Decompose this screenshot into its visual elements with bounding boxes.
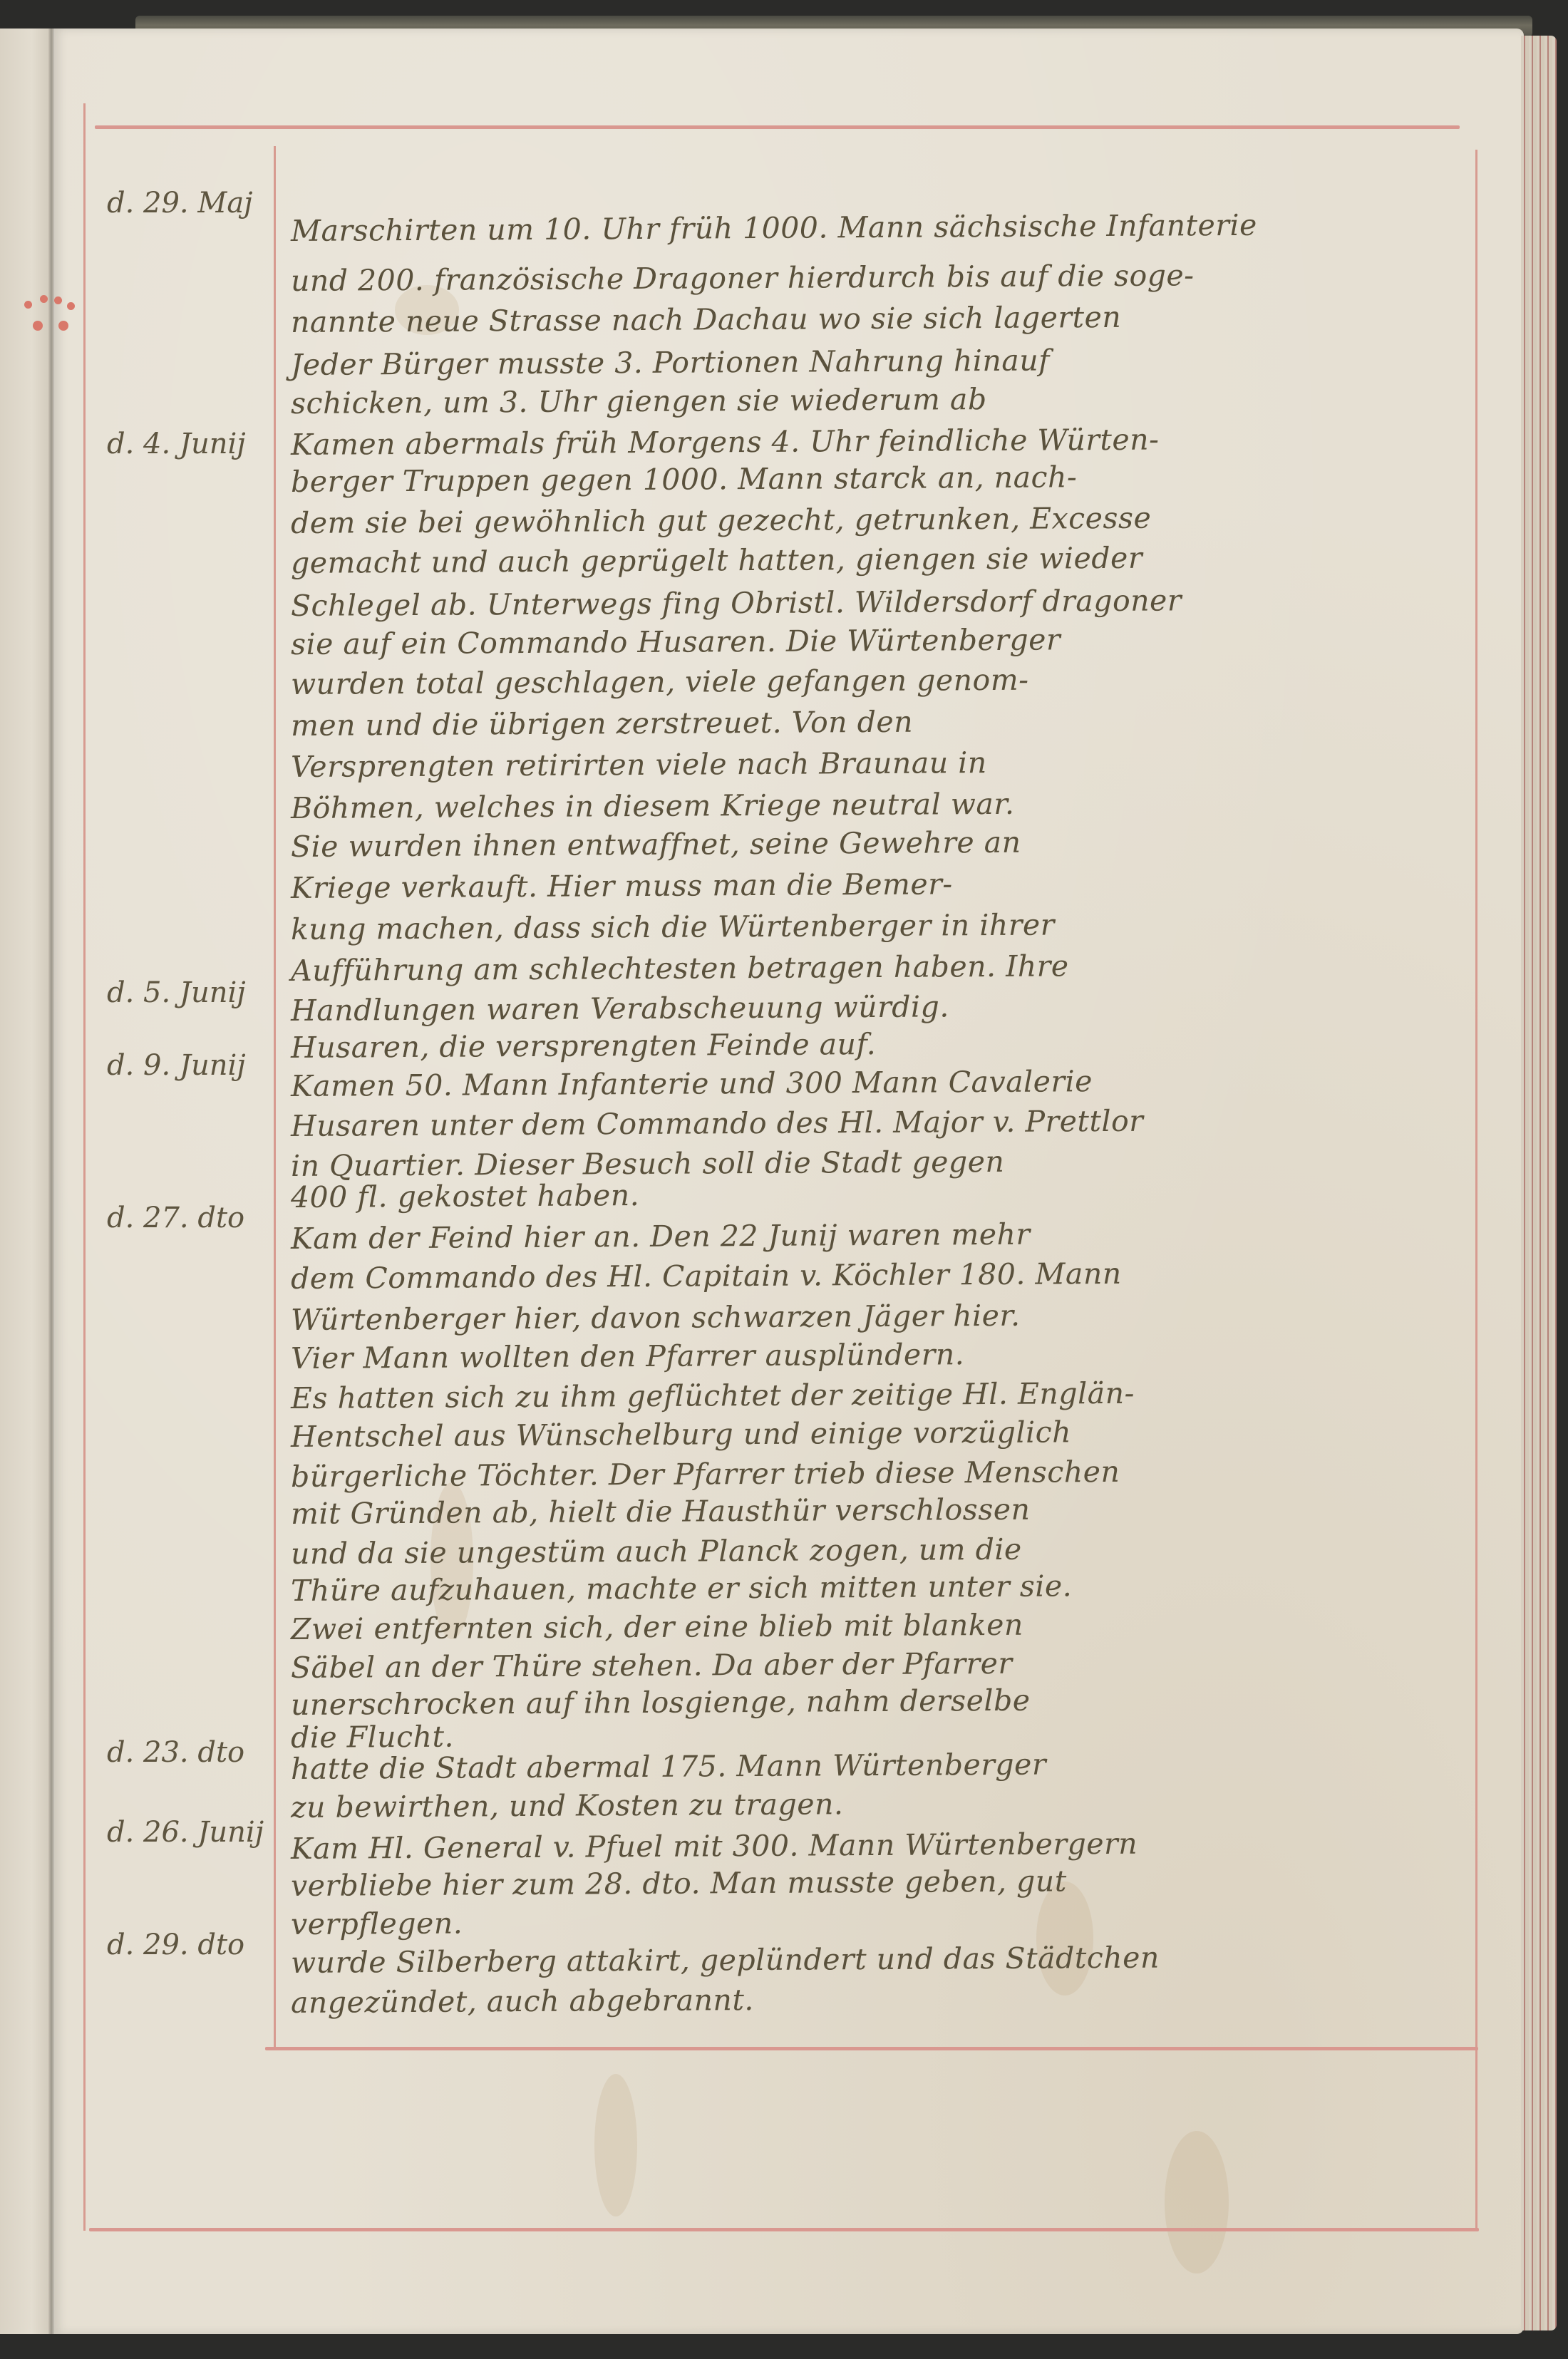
entry-date: d. 23. dto — [107, 1736, 271, 1769]
text-line: und 200. französische Dragoner hierdurch… — [291, 257, 1474, 298]
text-line: hatte die Stadt abermal 175. Mann Würten… — [291, 1745, 1474, 1786]
text-line: Jeder Bürger musste 3. Portionen Nahrung… — [291, 341, 1474, 382]
bottom-rule — [89, 2228, 1479, 2231]
entry-date: d. 5. Junij — [107, 976, 271, 1009]
gutter-fold — [48, 29, 54, 2334]
text-line: bürgerliche Töchter. Der Pfarrer trieb d… — [291, 1452, 1474, 1494]
text-line: verpflegen. — [291, 1900, 1474, 1941]
text-line: 400 fl. gekostet haben. — [291, 1173, 1474, 1214]
entry-date: d. 27. dto — [107, 1202, 271, 1234]
text-line: mit Gründen ab, hielt die Hausthür versc… — [291, 1490, 1474, 1531]
text-line: nannte neue Strasse nach Dachau wo sie s… — [291, 298, 1474, 339]
text-line: Sie wurden ihnen entwaffnet, seine Geweh… — [291, 822, 1474, 864]
text-line: zu bewirthen, und Kosten zu tragen. — [291, 1783, 1474, 1824]
text-line: sie auf ein Commando Husaren. Die Würten… — [291, 620, 1474, 661]
paper-stain — [594, 2074, 637, 2216]
page-stack-edge — [1521, 36, 1557, 2330]
entry-date: d. 26. Junij — [107, 1816, 271, 1849]
text-line: Vier Mann wollten den Pfarrer ausplünder… — [291, 1334, 1474, 1375]
text-line: Böhmen, welches in diesem Kriege neutral… — [291, 784, 1474, 825]
text-line: Kamen abermals früh Morgens 4. Uhr feind… — [291, 420, 1474, 462]
text-line: Schlegel ab. Unterwegs fing Obristl. Wil… — [291, 582, 1474, 623]
entry-date: d. 29. dto — [107, 1929, 271, 1961]
entry-date: d. 9. Junij — [107, 1049, 271, 1082]
text-line: Marschirten um 10. Uhr früh 1000. Mann s… — [291, 207, 1474, 248]
text-line: schicken, um 3. Uhr giengen sie wiederum… — [291, 379, 1474, 420]
text-line: verbliebe hier zum 28. dto. Man musste g… — [291, 1862, 1474, 1903]
text-line: Würtenberger hier, davon schwarzen Jäger… — [291, 1296, 1474, 1337]
text-line: Husaren, die versprengten Feinde auf. — [291, 1023, 1474, 1065]
text-line: gemacht und auch geprügelt hatten, gieng… — [291, 539, 1474, 580]
red-ink-dots — [24, 294, 74, 336]
text-line: Hentschel aus Wünschelburg und einige vo… — [291, 1413, 1474, 1454]
text-line: kung machen, dass sich die Würtenberger … — [291, 905, 1474, 946]
text-line: Thüre aufzuhauen, machte er sich mitten … — [291, 1566, 1474, 1608]
text-line: dem sie bei gewöhnlich gut gezecht, getr… — [291, 499, 1474, 540]
text-line: Kamen 50. Mann Infanterie und 300 Mann C… — [291, 1062, 1474, 1103]
text-line: Zwei entfernten sich, der eine blieb mit… — [291, 1605, 1474, 1646]
text-line: Handlungen waren Verabscheuung würdig. — [291, 986, 1474, 1028]
text-line: wurde Silberberg attakirt, geplündert un… — [291, 1939, 1474, 1980]
paper-stain — [1036, 1881, 1093, 1996]
date-column-rule — [274, 146, 276, 2049]
top-rule — [95, 125, 1460, 129]
text-line: Aufführung am schlechtesten betragen hab… — [291, 946, 1474, 988]
text-line: Kam der Feind hier an. Den 22 Junij ware… — [291, 1214, 1474, 1256]
facing-page-edge — [0, 29, 53, 2334]
text-line: Kriege verkauft. Hier muss man die Bemer… — [291, 864, 1474, 905]
text-line: dem Commando des Hl. Capitain v. Köchler… — [291, 1254, 1474, 1296]
text-line: berger Truppen gegen 1000. Mann starck a… — [291, 458, 1474, 499]
text-line: Es hatten sich zu ihm geflüchtet der zei… — [291, 1374, 1474, 1415]
entry-date: d. 29. Maj — [107, 187, 271, 220]
paper-stain — [1165, 2131, 1229, 2273]
text-line: angezündet, auch abgebrannt. — [291, 1978, 1474, 2020]
entry-date: d. 4. Junij — [107, 428, 271, 460]
text-line: und da sie ungestüm auch Planck zogen, u… — [291, 1529, 1474, 1571]
text-line: Kam Hl. General v. Pfuel mit 300. Mann W… — [291, 1824, 1474, 1866]
entry-end-rule — [265, 2047, 1478, 2050]
left-margin-rule — [83, 103, 86, 2231]
text-line: men und die übrigen zerstreuet. Von den — [291, 701, 1474, 743]
text-line: Säbel an der Thüre stehen. Da aber der P… — [291, 1643, 1474, 1685]
text-line: wurden total geschlagen, viele gefangen … — [291, 660, 1474, 701]
text-line: Versprengten retirirten viele nach Braun… — [291, 743, 1474, 784]
text-line: Husaren unter dem Commando des Hl. Major… — [291, 1102, 1474, 1143]
right-margin-rule — [1475, 150, 1477, 2231]
